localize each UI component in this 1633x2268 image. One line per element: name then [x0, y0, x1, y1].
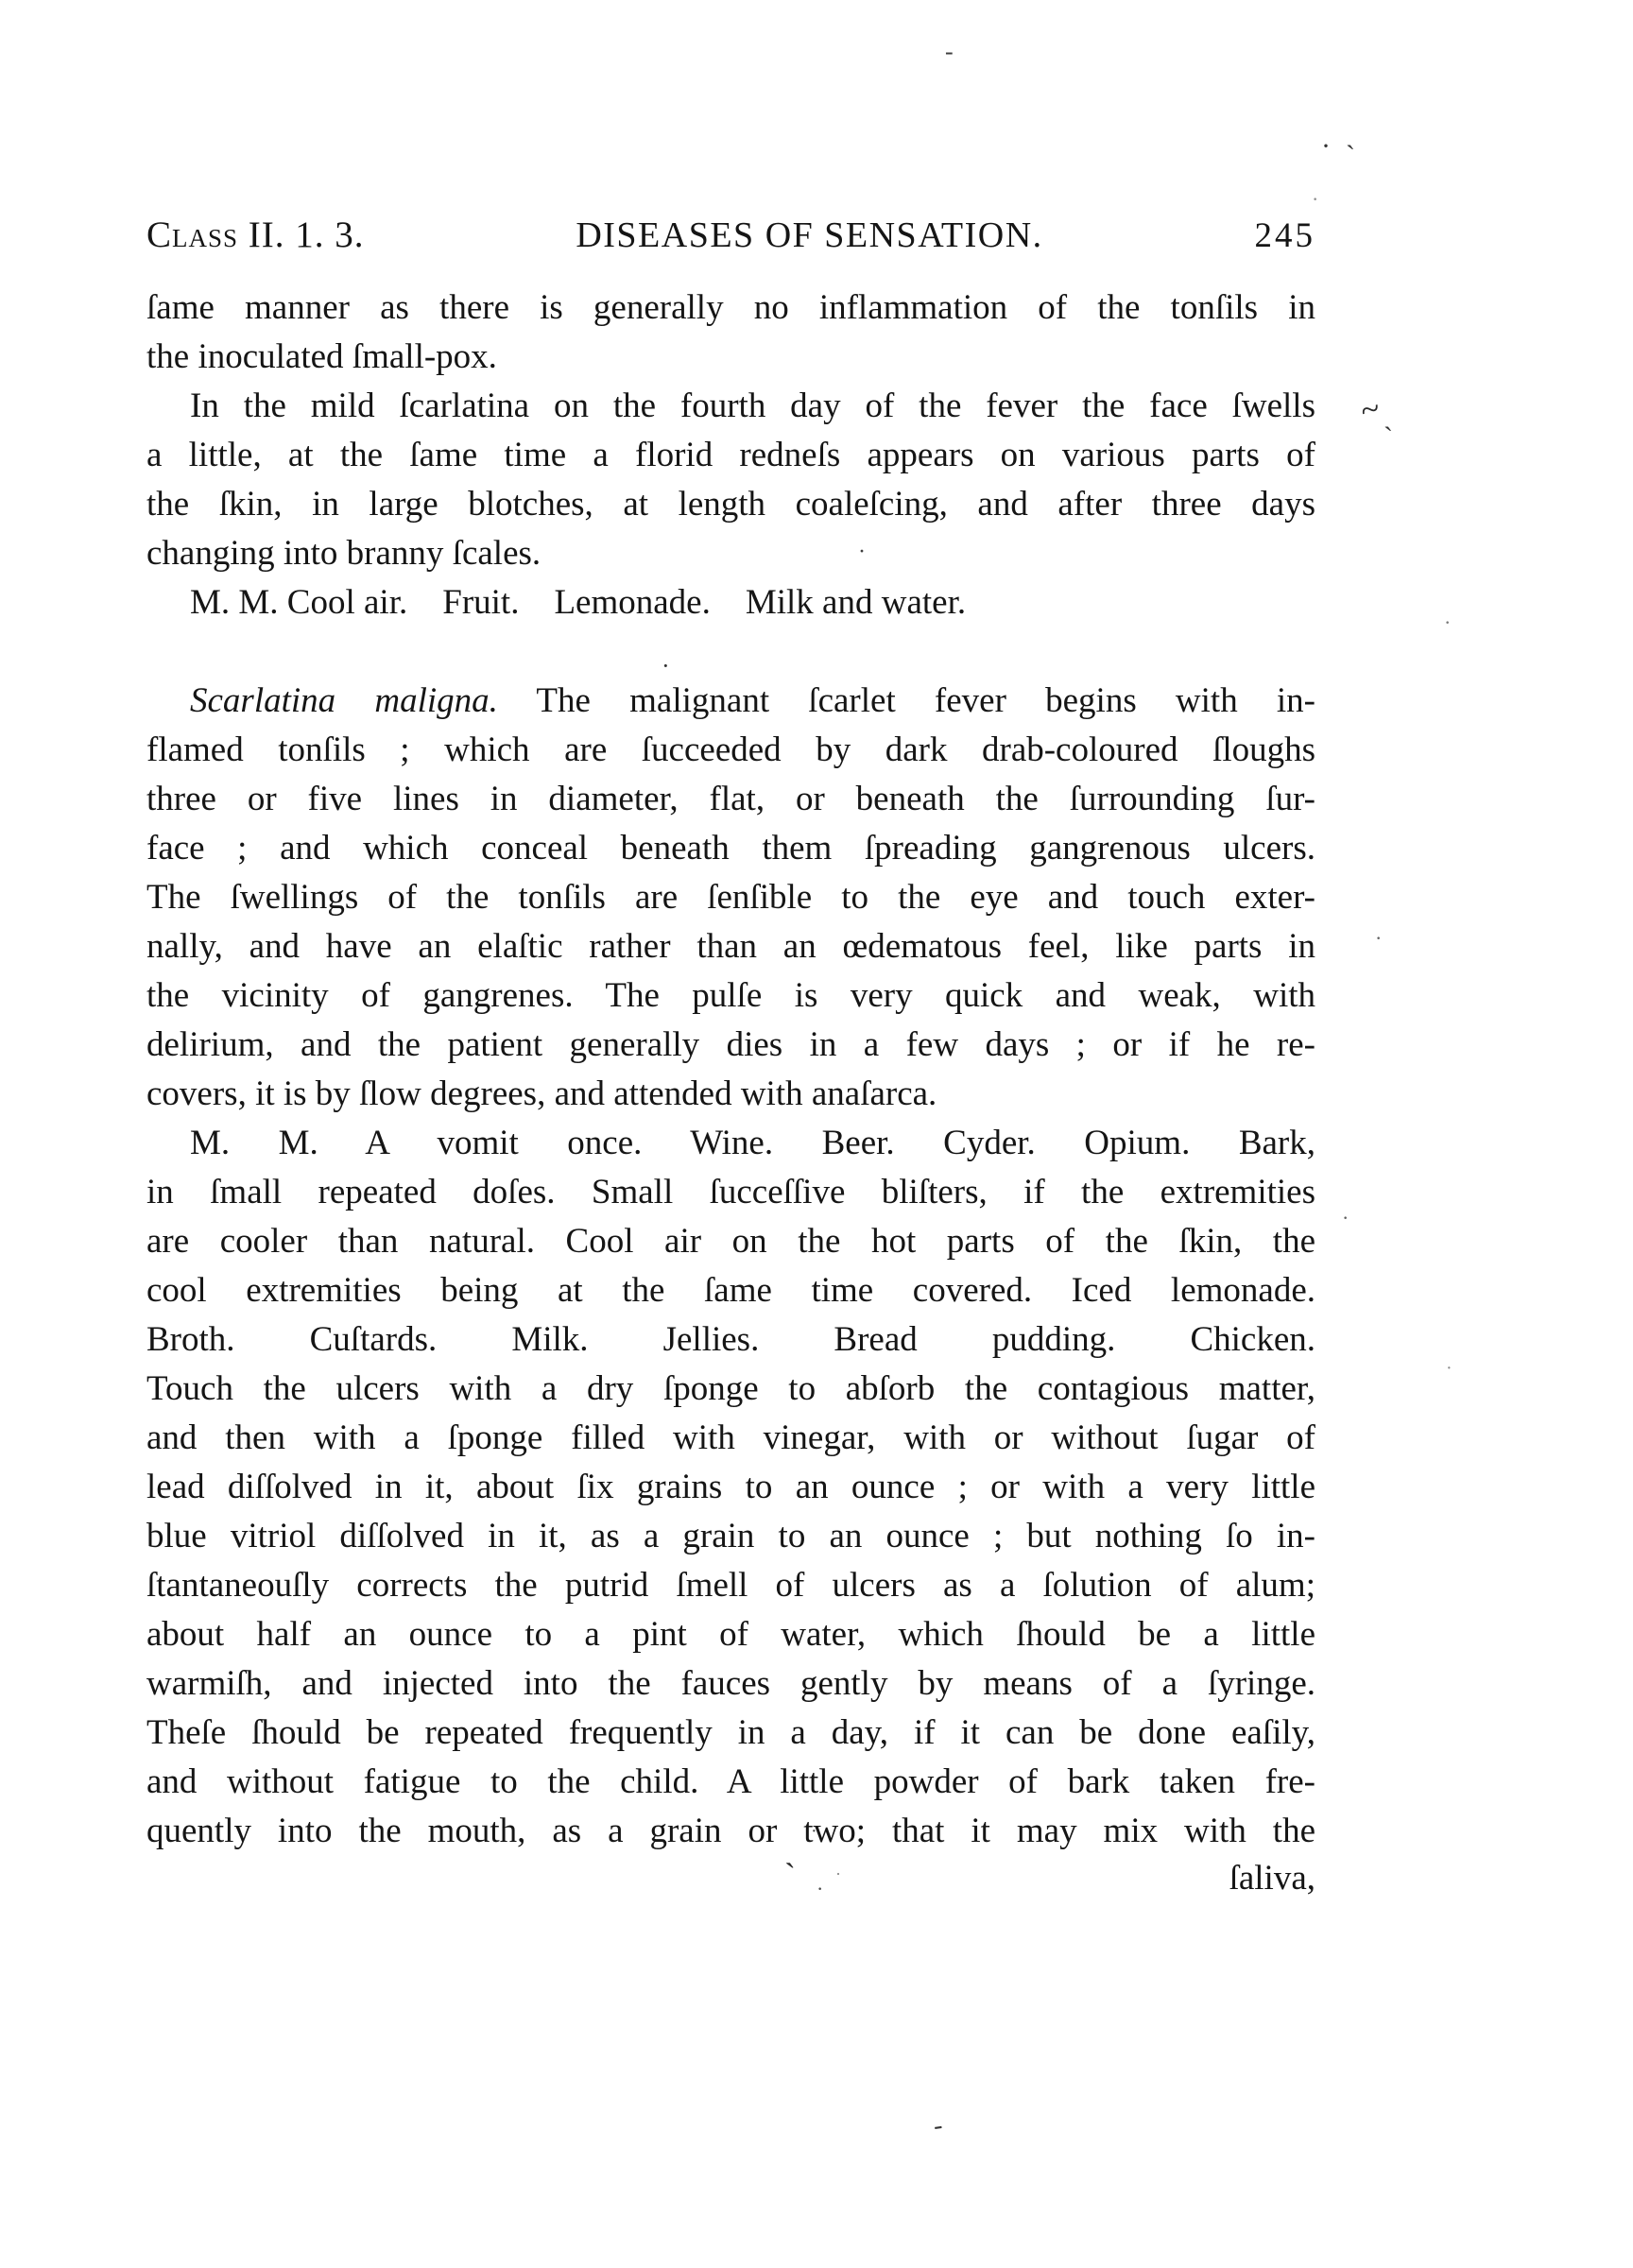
scan-speck: ˋ	[1346, 142, 1355, 170]
page-header: Class II. 1. 3. DISEASES OF SENSATION. 2…	[146, 214, 1315, 256]
text-line: blue vitriol diſſolved in it, as a grain…	[146, 1512, 1315, 1561]
italic-lead: Scarlatina maligna.	[190, 681, 498, 720]
catchword-row: ſaliva,	[146, 1854, 1315, 1903]
text-line: Theſe ſhould be repeated frequently in a…	[146, 1709, 1315, 1758]
text-line: in ſmall repeated doſes. Small ſucceſſiv…	[146, 1168, 1315, 1217]
text-line: The ſwellings of the tonſils are ſenſibl…	[146, 873, 1315, 922]
text-line: the ſkin, in large blotches, at length c…	[146, 480, 1315, 529]
text-line: covers, it is by ſlow degrees, and atten…	[146, 1070, 1315, 1119]
text-line: lead diſſolved in it, about ſix grains t…	[146, 1463, 1315, 1512]
text-line: Touch the ulcers with a dry ſponge to ab…	[146, 1365, 1315, 1414]
text-line: and without fatigue to the child. A litt…	[146, 1758, 1315, 1807]
paragraph: M. M. A vomit once. Wine. Beer. Cyder. O…	[146, 1119, 1315, 1856]
catchword: ſaliva,	[1229, 1859, 1315, 1898]
text-line: the inoculated ſmall-pox.	[146, 333, 1315, 382]
text-line: delirium, and the patient generally dies…	[146, 1021, 1315, 1070]
text-line: the vicinity of gangrenes. The pulſe is …	[146, 971, 1315, 1021]
text-line: ſame manner as there is generally no inf…	[146, 283, 1315, 333]
text-line: ſtantaneouſly corrects the putrid ſmell …	[146, 1561, 1315, 1610]
scan-speck: -	[945, 40, 954, 64]
paragraph: ſame manner as there is generally no inf…	[146, 283, 1315, 382]
text-line: quently into the mouth, as a grain or tw…	[146, 1807, 1315, 1856]
book-page: Class II. 1. 3. DISEASES OF SENSATION. 2…	[0, 0, 1633, 2268]
running-head-class: Class II. 1. 3.	[146, 214, 365, 256]
scan-speck: ·	[1444, 612, 1451, 633]
paragraph: In the mild ſcarlatina on the fourth day…	[146, 382, 1315, 578]
scan-speck: -	[932, 2112, 944, 2139]
text-line: In the mild ſcarlatina on the fourth day…	[146, 382, 1315, 431]
paragraph: M. M. Cool air. Fruit. Lemonade. Milk an…	[146, 578, 1315, 627]
scan-speck: ·	[1342, 1208, 1349, 1228]
text-line: are cooler than natural. Cool air on the…	[146, 1217, 1315, 1266]
text-line: M. M. Cool air. Fruit. Lemonade. Milk an…	[146, 578, 1315, 627]
running-head-title: DISEASES OF SENSATION.	[576, 215, 1042, 256]
text-line: cool extremities being at the ſame time …	[146, 1266, 1315, 1315]
scan-speck: ~	[1357, 390, 1384, 428]
scan-speck: ·	[1321, 132, 1331, 161]
text-line: Broth. Cuſtards. Milk. Jellies. Bread pu…	[146, 1315, 1315, 1365]
text-line: about half an ounce to a pint of water, …	[146, 1610, 1315, 1659]
text-line: a little, at the ſame time a florid redn…	[146, 431, 1315, 480]
text-line: three or five lines in diameter, flat, o…	[146, 775, 1315, 824]
scan-speck: ·	[1446, 1359, 1453, 1378]
page-number: 245	[1254, 215, 1315, 256]
text-line: flamed tonſils ; which are ſucceeded by …	[146, 726, 1315, 775]
scan-speck: ·	[1312, 189, 1318, 210]
text-line: nally, and have an elaſtic rather than a…	[146, 922, 1315, 971]
text-line: and then with a ſponge filled with vineg…	[146, 1414, 1315, 1463]
text-line: M. M. A vomit once. Wine. Beer. Cyder. O…	[146, 1119, 1315, 1168]
text-line: changing into branny ſcales.	[146, 529, 1315, 578]
paragraph: Scarlatina maligna. The malignant ſcarle…	[146, 677, 1315, 1119]
scan-speck: ˋ	[1384, 423, 1393, 452]
text-line: Scarlatina maligna. The malignant ſcarle…	[146, 677, 1315, 726]
text-line: warmiſh, and injected into the fauces ge…	[146, 1659, 1315, 1709]
text-block: ſame manner as there is generally no inf…	[146, 283, 1315, 1856]
text-line: face ; and which conceal beneath them ſp…	[146, 824, 1315, 873]
scan-speck: ·	[1375, 928, 1382, 949]
